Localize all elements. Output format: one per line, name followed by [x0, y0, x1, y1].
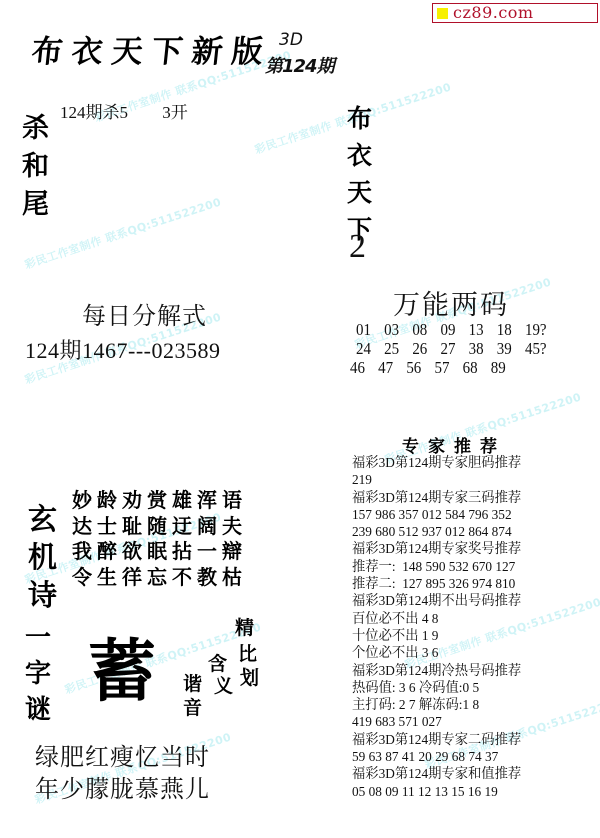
expert-line: 百位必不出 4 8 [352, 611, 521, 628]
expert-line: 福彩3D第124期不出号码推荐 [352, 593, 521, 610]
poem-line: 令生徉忘不教枯 [72, 565, 247, 591]
buyi-number: 2 [349, 228, 366, 266]
code: 08 [412, 320, 440, 339]
open-text: 3开 [162, 103, 188, 122]
site-name: cz89.com [453, 4, 534, 22]
daily-title: 每日分解式 [82, 296, 207, 331]
code: 26 [412, 339, 440, 358]
label-char: 布 [347, 100, 372, 137]
riddle-poem: 绿肥红瘦忆当时 年少朦胧慕燕儿 [35, 742, 210, 806]
issue-number: 第124期 [265, 52, 334, 78]
hint-char: 划 [240, 663, 259, 690]
expert-line: 05 08 09 11 12 13 15 16 19 [352, 784, 521, 801]
hint-char: 谐 [183, 669, 202, 696]
expert-line: 福彩3D第124期专家胆码推荐 [352, 455, 521, 472]
wanneng-row: 46 47 56 57 68 89 [350, 358, 552, 377]
code: 27 [440, 339, 468, 358]
label-char: 玄 [28, 500, 57, 538]
expert-line: 219 [352, 472, 521, 489]
label-char: 诗 [28, 576, 57, 614]
wanneng-grid: 01 03 08 09 13 18 19? 24 25 26 27 38 39 … [356, 320, 580, 377]
label-char: 尾 [22, 186, 49, 224]
expert-title: 专家推荐 [402, 432, 506, 457]
label-char: 字 [25, 656, 51, 692]
expert-line: 福彩3D第124期专家奖号推荐 [352, 541, 521, 558]
wanneng-title: 万能两码 [393, 283, 509, 322]
code: 68 [463, 358, 491, 377]
riddle-label: 一 字 谜 [25, 620, 51, 728]
poem-line: 妙龄劝赏雄浑语 [72, 488, 247, 514]
riddle-hints: 精 比 划 含 义 谐 音 [178, 613, 268, 723]
hint-char: 比 [238, 639, 257, 666]
code: 25 [384, 339, 412, 358]
page-title: 布衣天下新版 [30, 26, 275, 71]
expert-line: 157 986 357 012 584 796 352 [352, 507, 521, 524]
riddle-poem-line: 年少朦胧慕燕儿 [35, 774, 210, 806]
code: 03 [384, 320, 412, 339]
yellow-square-icon [437, 8, 448, 19]
expert-line: 推荐二: 127 895 326 974 810 [352, 576, 521, 593]
code: 57 [434, 358, 462, 377]
lottery-type: 3D [279, 30, 303, 50]
label-char: 一 [25, 620, 51, 656]
code: 19? [525, 320, 553, 339]
hint-char: 精 [235, 613, 254, 640]
kill-tail-label: 杀 和 尾 [22, 110, 49, 224]
expert-line: 福彩3D第124期专家二码推荐 [352, 732, 521, 749]
code: 18 [497, 320, 525, 339]
poem-line: 达士耻随迂阔夫 [72, 514, 247, 540]
site-badge[interactable]: cz89.com [432, 3, 598, 23]
kill-text: 124期杀5 [60, 103, 128, 122]
poem-line: 我醉欲眠拈一辯 [72, 539, 247, 565]
expert-line: 主打码: 2 7 解冻码:1 8 [352, 697, 521, 714]
expert-line: 59 63 87 41 20 29 68 74 37 [352, 749, 521, 766]
kill-line: 124期杀5 3开 [60, 98, 188, 123]
code: 47 [378, 358, 406, 377]
label-char: 机 [28, 538, 57, 576]
daily-value: 124期1467---023589 [25, 334, 220, 365]
expert-list: 福彩3D第124期专家胆码推荐 219 福彩3D第124期专家三码推荐 157 … [352, 455, 530, 801]
riddle-character: 蓄 [88, 634, 156, 710]
code: 46 [350, 358, 378, 377]
label-char: 谜 [25, 692, 51, 728]
code: 09 [440, 320, 468, 339]
expert-line: 福彩3D第124期冷热号码推荐 [352, 663, 521, 680]
hint-char: 义 [214, 671, 233, 698]
code: 38 [469, 339, 497, 358]
expert-line: 239 680 512 937 012 864 874 [352, 524, 521, 541]
code: 01 [356, 320, 384, 339]
label-char: 天 [347, 174, 372, 211]
code: 89 [491, 358, 519, 377]
label-char: 衣 [347, 137, 372, 174]
buyi-label: 布 衣 天 下 [347, 100, 372, 248]
code: 13 [469, 320, 497, 339]
poem-body: 妙龄劝赏雄浑语 达士耻随迂阔夫 我醉欲眠拈一辯 令生徉忘不教枯 [72, 488, 247, 590]
riddle-poem-line: 绿肥红瘦忆当时 [35, 742, 210, 774]
poem-label: 玄 机 诗 [28, 500, 57, 614]
expert-line: 福彩3D第124期专家和值推荐 [352, 766, 521, 783]
expert-line: 419 683 571 027 [352, 714, 521, 731]
label-char: 和 [22, 148, 49, 186]
label-char: 杀 [22, 110, 49, 148]
expert-line: 推荐一: 148 590 532 670 127 [352, 559, 521, 576]
hint-char: 音 [183, 693, 202, 720]
wanneng-row: 01 03 08 09 13 18 19? [356, 320, 553, 339]
code: 39 [497, 339, 525, 358]
wanneng-row: 24 25 26 27 38 39 45? [356, 339, 553, 358]
expert-line: 热码值: 3 6 冷码值:0 5 [352, 680, 521, 697]
code: 24 [356, 339, 384, 358]
expert-line: 福彩3D第124期专家三码推荐 [352, 490, 521, 507]
expert-line: 十位必不出 1 9 [352, 628, 521, 645]
code: 56 [406, 358, 434, 377]
code: 45? [525, 339, 553, 358]
expert-line: 个位必不出 3 6 [352, 645, 521, 662]
watermark: 彩民工作室制作 联系QQ:511522200 [23, 194, 224, 273]
